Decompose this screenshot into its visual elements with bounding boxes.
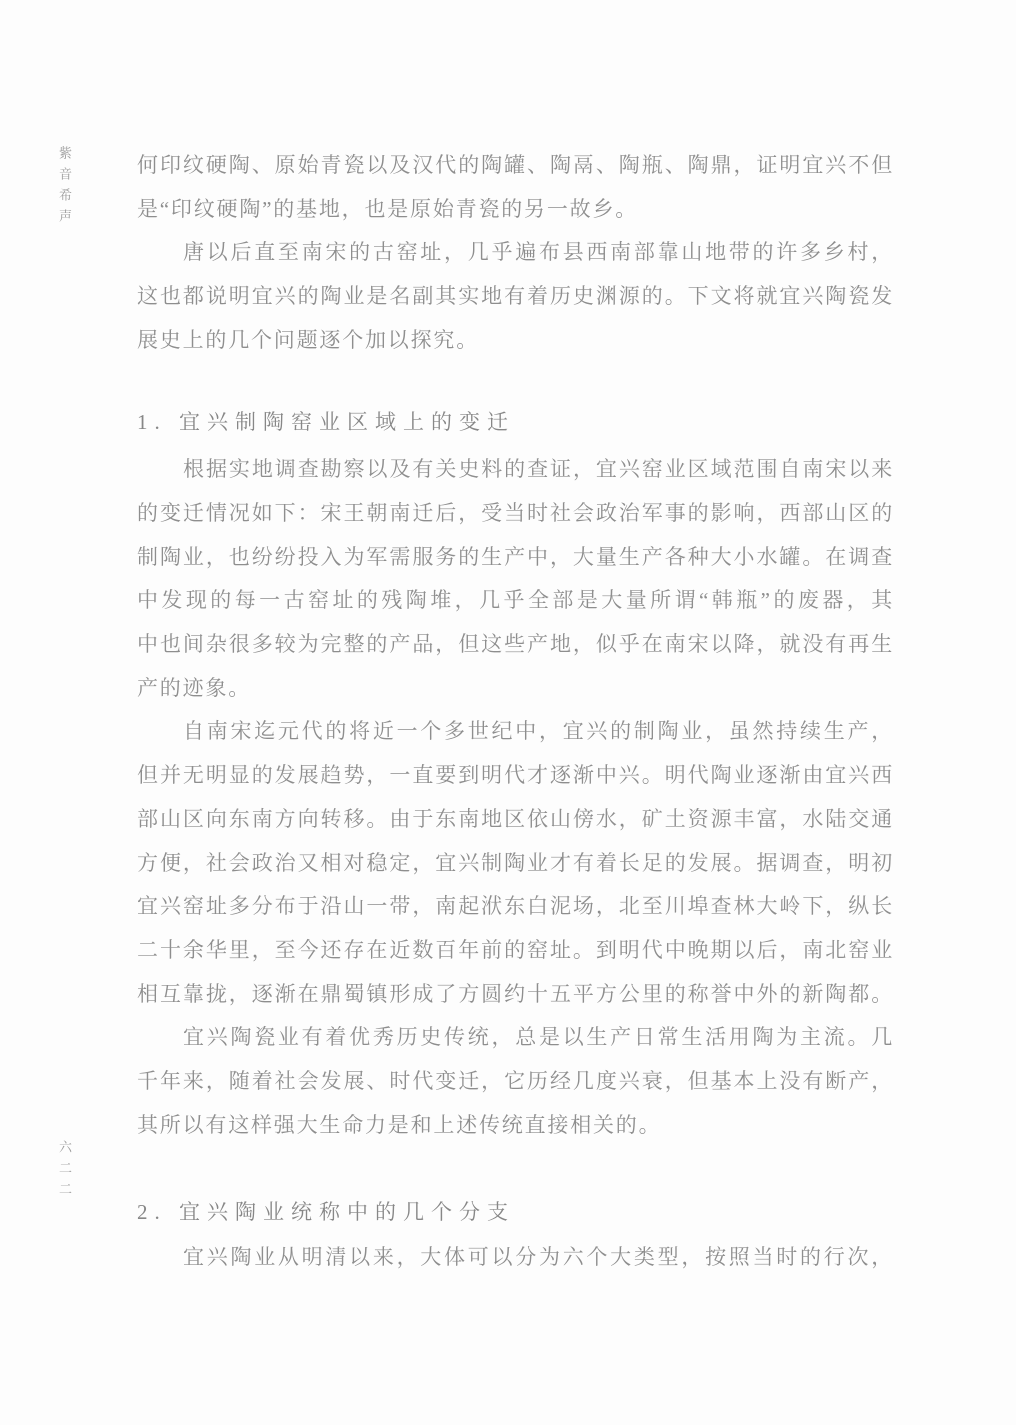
text-line: 但并无明显的发展趋势，一直要到明代才逐渐中兴。明代陶业逐渐由宜兴西 bbox=[137, 754, 894, 798]
text-line: 唐以后直至南宋的古窑址，几乎遍布县西南部靠山地带的许多乡村， bbox=[137, 231, 894, 275]
section-heading-1: 1. 宜兴制陶窑业区域上的变迁 bbox=[137, 401, 894, 445]
text-line: 其所以有这样强大生命力是和上述传统直接相关的。 bbox=[137, 1104, 894, 1148]
page-number: 六二二 bbox=[55, 1140, 74, 1203]
text-line: 何印纹硬陶、原始青瓷以及汉代的陶罐、陶鬲、陶瓶、陶鼎，证明宜兴不但 bbox=[137, 144, 894, 188]
text-line: 宜兴陶业从明清以来，大体可以分为六个大类型，按照当时的行次， bbox=[137, 1236, 894, 1280]
text-line: 自南宋迄元代的将近一个多世纪中，宜兴的制陶业，虽然持续生产， bbox=[137, 710, 894, 754]
text-line: 二十余华里，至今还存在近数百年前的窑址。到明代中晚期以后，南北窑业 bbox=[137, 929, 894, 973]
text-line: 方便，社会政治又相对稳定，宜兴制陶业才有着长足的发展。据调查，明初 bbox=[137, 842, 894, 886]
text-line: 相互靠拢，逐渐在鼎蜀镇形成了方圆约十五平方公里的称誉中外的新陶都。 bbox=[137, 973, 894, 1017]
margin-book-title: 紫音希声 bbox=[55, 146, 74, 230]
text-line: 制陶业，也纷纷投入为军需服务的生产中，大量生产各种大小水罐。在调查 bbox=[137, 536, 894, 580]
text-line: 中发现的每一古窑址的残陶堆，几乎全部是大量所谓“韩瓶”的废器，其 bbox=[137, 579, 894, 623]
text-line: 是“印纹硬陶”的基地，也是原始青瓷的另一故乡。 bbox=[137, 188, 894, 232]
text-line: 的变迁情况如下：宋王朝南迁后，受当时社会政治军事的影响，西部山区的 bbox=[137, 492, 894, 536]
text-line: 千年来，随着社会发展、时代变迁，它历经几度兴衰，但基本上没有断产， bbox=[137, 1060, 894, 1104]
text-line: 根据实地调查勘察以及有关史料的查证，宜兴窑业区域范围自南宋以来 bbox=[137, 448, 894, 492]
text-line: 产的迹象。 bbox=[137, 667, 894, 711]
text-line: 部山区向东南方向转移。由于东南地区依山傍水，矿土资源丰富，水陆交通 bbox=[137, 798, 894, 842]
text-line: 这也都说明宜兴的陶业是名副其实地有着历史渊源的。下文将就宜兴陶瓷发 bbox=[137, 275, 894, 319]
text-line: 中也间杂很多较为完整的产品，但这些产地，似乎在南宋以降，就没有再生 bbox=[137, 623, 894, 667]
text-line: 宜兴陶瓷业有着优秀历史传统，总是以生产日常生活用陶为主流。几 bbox=[137, 1016, 894, 1060]
body-text: 何印纹硬陶、原始青瓷以及汉代的陶罐、陶鬲、陶瓶、陶鼎，证明宜兴不但 是“印纹硬陶… bbox=[137, 144, 894, 1279]
section-heading-2: 2. 宜兴陶业统称中的几个分支 bbox=[137, 1191, 894, 1235]
book-page: 紫音希声 六二二 何印纹硬陶、原始青瓷以及汉代的陶罐、陶鬲、陶瓶、陶鼎，证明宜兴… bbox=[0, 0, 1016, 1425]
text-line: 宜兴窑址多分布于沿山一带，南起洑东白泥场，北至川埠查林大岭下，纵长 bbox=[137, 885, 894, 929]
text-line: 展史上的几个问题逐个加以探究。 bbox=[137, 319, 894, 363]
